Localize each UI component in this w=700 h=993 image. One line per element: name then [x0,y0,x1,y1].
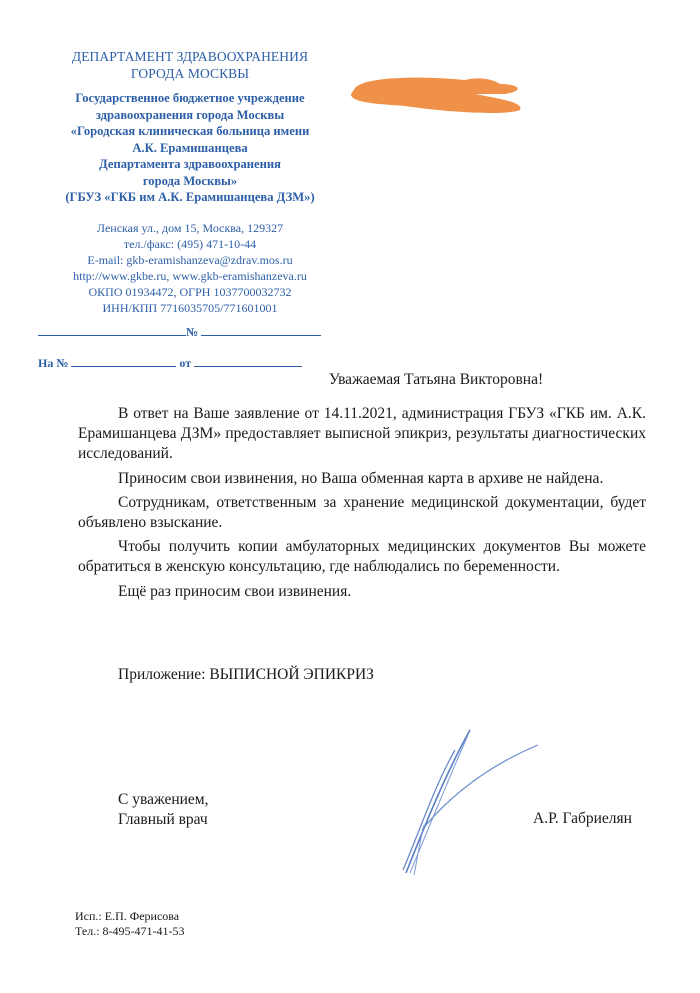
executor-phone: Тел.: 8-495-471-41-53 [75,924,185,939]
phone: тел./факс: (495) 471-10-44 [30,236,350,252]
reply-number-line: На № от [38,354,328,371]
org-line: «Городская клиническая больница имени [30,123,350,140]
redaction-mark [345,66,535,116]
number-label: № [186,325,198,339]
email: E-mail: gkb-eramishanzeva@zdrav.mos.ru [30,252,350,268]
org-line: Департамента здравоохранения [30,156,350,173]
org-line: (ГБУЗ «ГКБ им А.К. Ерамишанцева ДЗМ») [30,189,350,206]
reply-label: На № [38,356,68,370]
greeting: Уважаемая Татьяна Викторовна! [0,371,700,389]
reply-number-blank [71,354,176,367]
closing: С уважением, Главный врач [118,790,209,830]
contacts: Ленская ул., дом 15, Москва, 129327 тел.… [30,220,350,316]
websites: http://www.gkbe.ru, www.gkb-eramishanzev… [30,268,350,284]
paragraph: Сотрудникам, ответственным за хранение м… [78,493,646,533]
inn-kpp: ИНН/КПП 7716035705/771601001 [30,300,350,316]
okpo-ogrn: ОКПО 01934472, ОГРН 1037700032732 [30,284,350,300]
paragraph: В ответ на Ваше заявление от 14.11.2021,… [78,404,646,465]
address: Ленская ул., дом 15, Москва, 129327 [30,220,350,236]
outgoing-number-line: № [38,323,328,340]
department-line-2: ГОРОДА МОСКВЫ [30,65,350,82]
paragraph: Ещё раз приносим свои извинения. [78,582,646,602]
signer-title: Главный врач [118,810,209,830]
organization-name: Государственное бюджетное учреждение здр… [30,90,350,206]
from-label: от [179,356,191,370]
executor: Исп.: Е.П. Ферисова Тел.: 8-495-471-41-5… [75,909,185,939]
org-line: здравоохранения города Москвы [30,107,350,124]
org-line: Государственное бюджетное учреждение [30,90,350,107]
org-line: А.К. Ерамишанцева [30,140,350,157]
letter-body: В ответ на Ваше заявление от 14.11.2021,… [78,404,646,606]
date-blank [38,323,186,336]
appendix: Приложение: ВЫПИСНОЙ ЭПИКРИЗ [118,666,374,684]
reply-date-blank [194,354,302,367]
signer-name: А.Р. Габриелян [533,810,632,828]
paragraph: Приносим свои извинения, но Ваша обменна… [78,469,646,489]
org-line: города Москвы» [30,173,350,190]
letterhead: ДЕПАРТАМЕНТ ЗДРАВООХРАНЕНИЯ ГОРОДА МОСКВ… [30,48,350,316]
signature-icon [400,725,540,875]
paragraph: Чтобы получить копии амбулаторных медици… [78,537,646,577]
closing-salutation: С уважением, [118,790,209,810]
executor-name: Исп.: Е.П. Ферисова [75,909,185,924]
number-blank [201,323,321,336]
department-line-1: ДЕПАРТАМЕНТ ЗДРАВООХРАНЕНИЯ [30,48,350,65]
